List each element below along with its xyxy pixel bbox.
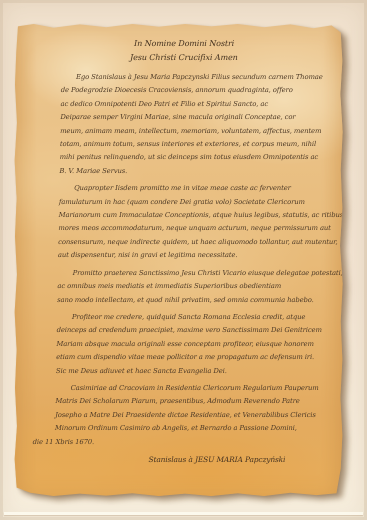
manuscript-line: de Podegrodzie Dioecesis Cracoviensis, a… [61, 84, 336, 97]
manuscript-line: sano modo intellectam, et quod nihil pri… [57, 294, 332, 307]
manuscript-line: Marianorum cum Immaculatae Conceptionis,… [59, 209, 334, 222]
frame-bottom-highlight [4, 512, 363, 515]
manuscript-line: Josepho a Matre Dei Praesidente dictae R… [55, 409, 330, 422]
manuscript-line: Casimiriae ad Cracoviam in Residentia Cl… [55, 382, 330, 395]
manuscript-line: famulaturum in hac (quam condere Dei gra… [59, 196, 334, 209]
manuscript-line: Promitto praeterea Sanctissimo Jesu Chri… [58, 267, 333, 280]
manuscript-line: meum, animam meam, intellectum, memoriam… [60, 125, 335, 138]
paragraph-profession-of-faith: Profiteor me credere, quidquid Sancta Ro… [56, 311, 332, 378]
manuscript-line: ac omnibus meis mediatis et immediatis S… [57, 280, 332, 293]
paragraph-promise-society: Quapropter Iisdem promitto me in vitae m… [58, 182, 334, 262]
manuscript-line: Minorum Ordinum Casimiro ab Angelis, et … [55, 422, 330, 435]
manuscript-text: In Nomine Domini Nostri Jesu Christi Cru… [54, 37, 336, 466]
manuscript-line: Mariam absque macula originali esse conc… [56, 338, 331, 351]
manuscript-line: Matris Dei Scholarum Piarum, praesentibu… [55, 395, 330, 408]
manuscript-line: B. V. Mariae Servus. [59, 165, 334, 178]
manuscript-line: Ego Stanislaus à Jesu Maria Papczynski F… [61, 71, 336, 84]
manuscript-line: deinceps ad credendum praecipiet, maxime… [56, 324, 331, 337]
manuscript-line: Deiparae semper Virgini Mariae, sine mac… [60, 111, 335, 124]
manuscript-line: Sic me Deus adiuvet et haec Sancta Evang… [56, 365, 331, 378]
signature-line: Stanislaus à JESU MARIA Papczyński [54, 453, 329, 466]
framed-manuscript-photo: In Nomine Domini Nostri Jesu Christi Cru… [0, 0, 367, 520]
manuscript-line: ac dedico Omnipotenti Deo Patri et Filio… [60, 98, 335, 111]
manuscript-line: Quapropter Iisdem promitto me in vitae m… [59, 182, 334, 195]
manuscript-line: aut dispensentur, nisi in gravi et legit… [58, 249, 333, 262]
parchment-shadow: In Nomine Domini Nostri Jesu Christi Cru… [14, 23, 343, 497]
manuscript-line: mores meos accommodaturum, neque unquam … [58, 222, 333, 235]
manuscript-line: Profiteor me credere, quidquid Sancta Ro… [57, 311, 332, 324]
manuscript-line: etiam cum dispendio vitae meae pollicito… [56, 351, 331, 364]
paragraph-obedience: Promitto praeterea Sanctissimo Jesu Chri… [57, 267, 333, 307]
manuscript-line: consensurum, neque indirecte quidem, ut … [58, 236, 333, 249]
heading-line: In Nomine Domini Nostri [62, 37, 307, 51]
manuscript-line: mihi penitus relinquendo, ut sic deincep… [60, 151, 335, 164]
paragraph-oblation: Ego Stanislaus à Jesu Maria Papczynski F… [59, 71, 336, 178]
parchment-sheet: In Nomine Domini Nostri Jesu Christi Cru… [14, 23, 343, 497]
paragraph-place-and-witnesses: Casimiriae ad Cracoviam in Residentia Cl… [55, 382, 331, 449]
heading-line: Jesu Christi Crucifixi Amen [61, 51, 306, 65]
manuscript-heading: In Nomine Domini Nostri Jesu Christi Cru… [61, 37, 306, 65]
date-line: die 11 Xbris 1670. [33, 436, 330, 449]
manuscript-line: totam, animum totum, sensus interiores e… [60, 138, 335, 151]
